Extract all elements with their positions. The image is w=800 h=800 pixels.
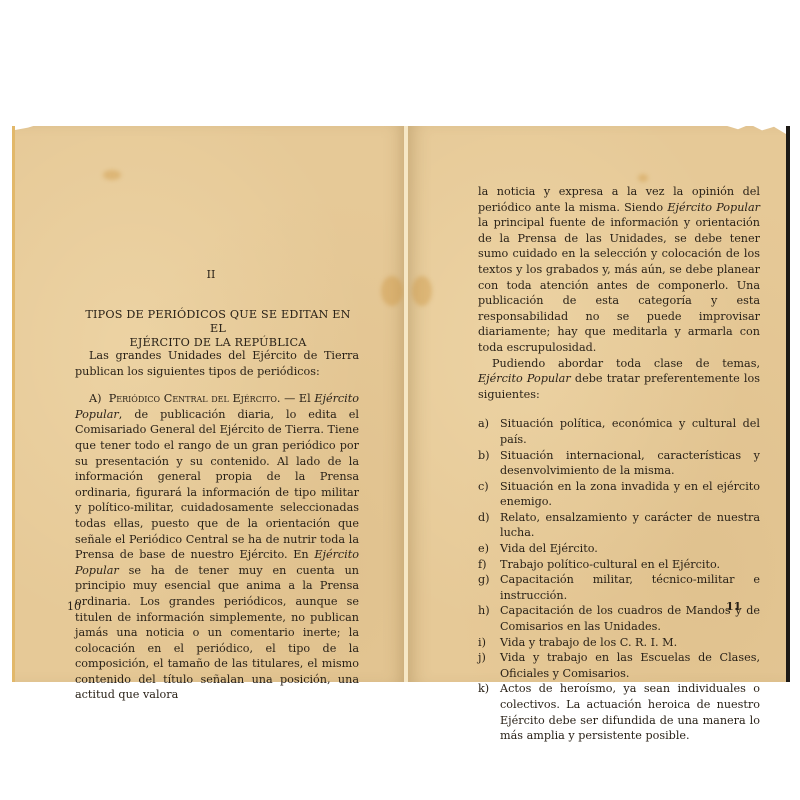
- list-marker: a): [478, 416, 489, 432]
- list-item: g)Capacitación militar, técnico-militar …: [478, 572, 760, 603]
- list-item: c)Situación en la zona invadida y en el …: [478, 479, 760, 510]
- list-item-text: Vida y trabajo en las Escuelas de Clases…: [500, 651, 760, 680]
- list-item-text: Actos de heroísmo, ya sean individuales …: [500, 682, 760, 742]
- list-item-text: Situación en la zona invadida y en el ej…: [500, 480, 760, 509]
- list-marker: e): [478, 541, 489, 557]
- list-item-text: Situación política, económica y cultural…: [500, 417, 760, 446]
- list-marker: c): [478, 479, 489, 495]
- page-number: 10: [67, 600, 81, 613]
- list-item-text: Capacitación de los cuadros de Mandos y …: [500, 604, 760, 633]
- chapter-title: TIPOS DE PERIÓDICOS QUE SE EDITAN EN EL …: [79, 308, 357, 350]
- left-body: Las grandes Unidades del Ejército de Tie…: [75, 348, 359, 715]
- page-number: 11: [726, 600, 741, 613]
- stain: [638, 174, 648, 182]
- topics-list: a)Situación política, económica y cultur…: [478, 416, 760, 743]
- intro-paragraph: Las grandes Unidades del Ejército de Tie…: [75, 348, 359, 379]
- list-item-text: Situación internacional, características…: [500, 449, 760, 478]
- list-item: j)Vida y trabajo en las Escuelas de Clas…: [478, 650, 760, 681]
- list-marker: h): [478, 603, 490, 619]
- section-heading: Periódico Central del Ejército.: [109, 392, 281, 405]
- section-a-paragraph: A) Periódico Central del Ejército. — El …: [75, 391, 359, 703]
- list-item-text: Trabajo político-cultural en el Ejército…: [500, 558, 720, 571]
- list-marker: g): [478, 572, 490, 588]
- right-page: la noticia y expresa a la vez la opinión…: [408, 126, 786, 682]
- list-item: h)Capacitación de los cuadros de Mandos …: [478, 603, 760, 634]
- list-item: b)Situación internacional, característic…: [478, 448, 760, 479]
- torn-edge: [15, 118, 145, 130]
- list-item-text: Relato, ensalzamiento y carácter de nues…: [500, 511, 760, 540]
- list-marker: b): [478, 448, 490, 464]
- list-item: f)Trabajo político-cultural en el Ejérci…: [478, 557, 760, 573]
- list-item: e)Vida del Ejército.: [478, 541, 760, 557]
- right-body: la noticia y expresa a la vez la opinión…: [478, 184, 760, 744]
- list-item-text: Vida del Ejército.: [500, 542, 598, 555]
- list-item-text: Vida y trabajo de los C. R. I. M.: [500, 636, 677, 649]
- open-booklet: II TIPOS DE PERIÓDICOS QUE SE EDITAN EN …: [12, 126, 792, 686]
- list-marker: d): [478, 510, 490, 526]
- left-page: II TIPOS DE PERIÓDICOS QUE SE EDITAN EN …: [12, 126, 407, 682]
- continuation-paragraph: la noticia y expresa a la vez la opinión…: [478, 184, 760, 356]
- list-item: d)Relato, ensalzamiento y carácter de nu…: [478, 510, 760, 541]
- topics-intro-paragraph: Pudiendo abordar toda clase de temas, Ej…: [478, 356, 760, 403]
- list-marker: f): [478, 557, 487, 573]
- torn-edge: [726, 122, 786, 134]
- stain: [103, 170, 121, 180]
- list-marker: i): [478, 635, 486, 651]
- list-item: a)Situación política, económica y cultur…: [478, 416, 760, 447]
- chapter-number: II: [15, 268, 407, 281]
- list-marker: j): [478, 650, 486, 666]
- list-item-text: Capacitación militar, técnico-militar e …: [500, 573, 760, 602]
- list-item: k)Actos de heroísmo, ya sean individuale…: [478, 681, 760, 743]
- list-item: i)Vida y trabajo de los C. R. I. M.: [478, 635, 760, 651]
- list-marker: k): [478, 681, 489, 697]
- stain: [412, 276, 432, 306]
